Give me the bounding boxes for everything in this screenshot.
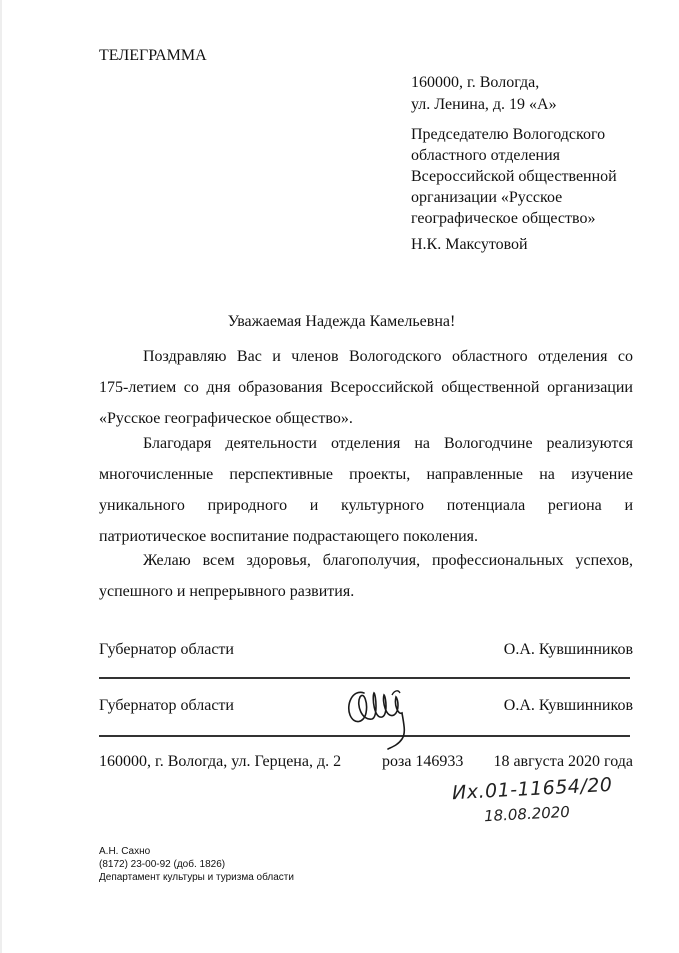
paragraph-line: успешного и непрерывного развития.	[99, 576, 633, 607]
registration-date: 18.08.2020	[484, 803, 571, 825]
signer-name: О.А. Кувшинников	[504, 697, 633, 715]
recipient-address: 160000, г. Вологда, ул. Ленина, д. 19 «А…	[411, 72, 557, 116]
recipient-title-line: областного отделения	[411, 145, 617, 166]
paragraph-line: уникального природного и культурного пот…	[99, 490, 633, 521]
executor-info: А.Н. Сахно (8172) 23-00-92 (доб. 1826) Д…	[99, 845, 294, 884]
registration-number: Их.01-11654/20	[452, 774, 613, 804]
signer-position: Губернатор области	[99, 697, 234, 715]
paragraph-wishes: Желаю всем здоровья, благополучия, профе…	[99, 545, 633, 607]
paragraph-line: Благодаря деятельности отделения на Воло…	[99, 428, 633, 459]
signature-row-1: Губернатор области О.А. Кувшинников	[99, 641, 633, 659]
signer-name: О.А. Кувшинников	[504, 641, 633, 659]
handwritten-signature-icon	[342, 675, 422, 750]
recipient-title-line: географическое общество»	[411, 208, 617, 229]
paragraph-line: 175-летием со дня образования Всероссийс…	[99, 372, 633, 403]
letter-page: ТЕЛЕГРАММА 160000, г. Вологда, ул. Ленин…	[0, 0, 679, 953]
recipient-title: Председателю Вологодского областного отд…	[411, 124, 617, 229]
paragraph-activities: Благодаря деятельности отделения на Воло…	[99, 428, 633, 552]
recipient-title-line: Председателю Вологодского	[411, 124, 617, 145]
executor-phone: (8172) 23-00-92 (доб. 1826)	[99, 858, 294, 871]
executor-department: Департамент культуры и туризма области	[99, 871, 294, 884]
signer-position: Губернатор области	[99, 641, 234, 659]
recipient-address-line: ул. Ленина, д. 19 «А»	[411, 94, 557, 116]
recipient-title-line: организации «Русское	[411, 187, 617, 208]
paragraph-line: Желаю всем здоровья, благополучия, профе…	[99, 545, 633, 576]
telegram-code: роза 146933	[382, 753, 463, 771]
document-type-label: ТЕЛЕГРАММА	[99, 47, 207, 65]
letter-date: 18 августа 2020 года	[493, 753, 633, 771]
recipient-address-line: 160000, г. Вологда,	[411, 72, 557, 94]
executor-name: А.Н. Сахно	[99, 845, 294, 858]
recipient-title-line: Всероссийской общественной	[411, 166, 617, 187]
recipient-name: Н.К. Максутовой	[411, 234, 528, 255]
sender-address: 160000, г. Вологда, ул. Герцена, д. 2	[99, 753, 341, 771]
paragraph-line: Поздравляю Вас и членов Вологодского обл…	[99, 341, 633, 372]
paragraph-congratulation: Поздравляю Вас и членов Вологодского обл…	[99, 341, 633, 434]
greeting: Уважаемая Надежда Камельевна!	[2, 311, 679, 332]
paragraph-line: многочисленные перспективные проекты, на…	[99, 459, 633, 490]
